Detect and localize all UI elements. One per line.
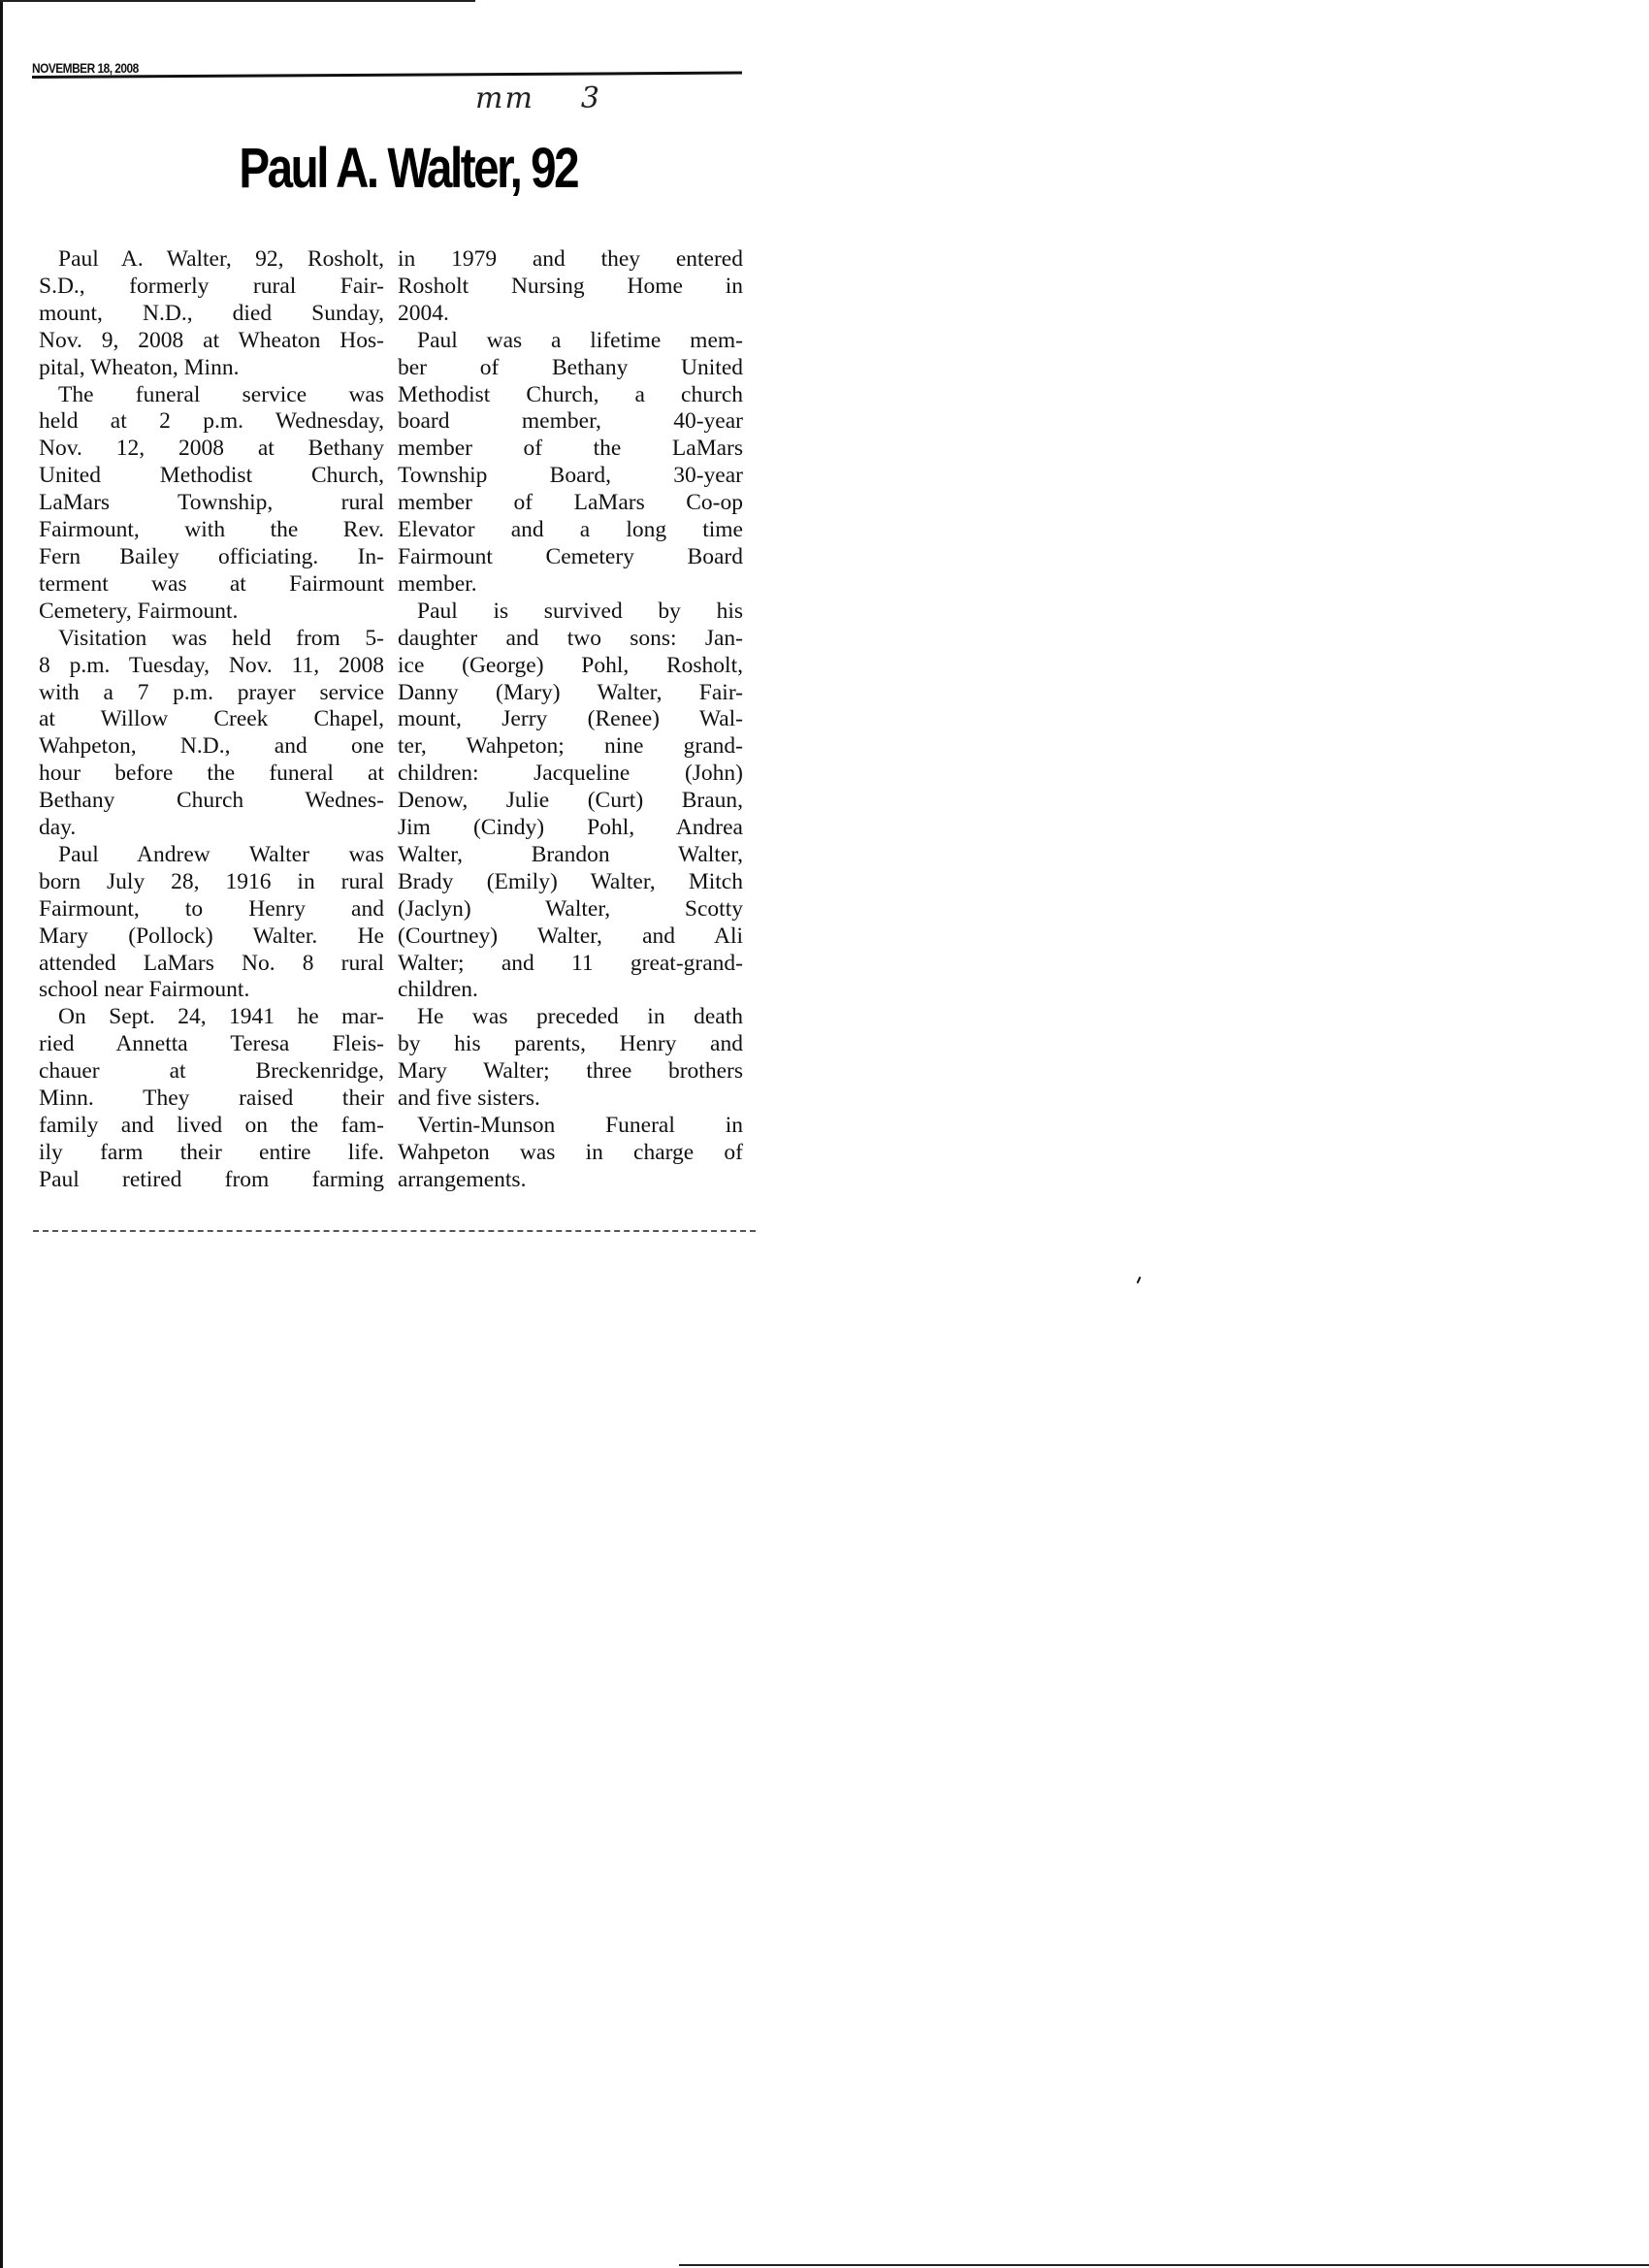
article-line: ily farm their entire life. — [39, 1140, 384, 1167]
article-column-1: Paul A. Walter, 92, Rosholt,S.D., former… — [39, 246, 384, 1194]
article-line: member of LaMars Co-op — [398, 490, 743, 517]
article-line: The funeral service was — [39, 382, 384, 409]
article-line: member of the LaMars — [398, 436, 743, 463]
article-line: Township Board, 30-year — [398, 463, 743, 490]
article-line: and five sisters. — [398, 1085, 743, 1113]
article-line: Paul A. Walter, 92, Rosholt, — [39, 246, 384, 274]
article-line: He was preceded in death — [398, 1004, 743, 1031]
article-line: Rosholt Nursing Home in — [398, 274, 743, 301]
article-line: chauer at Breckenridge, — [39, 1058, 384, 1085]
article-line: (Jaclyn) Walter, Scotty — [398, 896, 743, 923]
handwritten-letters: mm — [475, 81, 534, 115]
article-line: board member, 40-year — [398, 408, 743, 436]
header-rule — [32, 72, 742, 79]
article-line: Elevator and a long time — [398, 517, 743, 544]
article-line: Jim (Cindy) Pohl, Andrea — [398, 815, 743, 842]
publication-date: NOVEMBER 18, 2008 — [32, 60, 139, 76]
scan-left-border — [0, 0, 3, 2268]
scanned-newspaper-page: NOVEMBER 18, 2008 mm3 Paul A. Walter, 92… — [0, 0, 1649, 2268]
article-line: arrangements. — [398, 1167, 743, 1194]
article-line: Paul Andrew Walter was — [39, 842, 384, 869]
article-line: Mary Walter; three brothers — [398, 1058, 743, 1085]
article-line: mount, Jerry (Renee) Wal- — [398, 706, 743, 733]
article-line: Methodist Church, a church — [398, 382, 743, 409]
article-line: attended LaMars No. 8 rural — [39, 951, 384, 978]
scan-top-border — [0, 0, 475, 2]
article-line: with a 7 p.m. prayer service — [39, 680, 384, 707]
article-line: family and lived on the fam- — [39, 1113, 384, 1140]
article-line: 2004. — [398, 301, 743, 328]
article-line: Nov. 9, 2008 at Wheaton Hos- — [39, 328, 384, 355]
article-line: Wahpeton was in charge of — [398, 1140, 743, 1167]
article-line: school near Fairmount. — [39, 977, 384, 1004]
article-line: hour before the funeral at — [39, 761, 384, 788]
article-line: Visitation was held from 5- — [39, 626, 384, 653]
scan-speck — [1137, 1277, 1142, 1283]
article-line: Brady (Emily) Walter, Mitch — [398, 869, 743, 896]
article-line: Denow, Julie (Curt) Braun, — [398, 788, 743, 815]
article-line: born July 28, 1916 in rural — [39, 869, 384, 896]
article-line: LaMars Township, rural — [39, 490, 384, 517]
article-line: Cemetery, Fairmount. — [39, 599, 384, 626]
scan-bottom-border — [679, 2264, 1649, 2266]
article-line: Danny (Mary) Walter, Fair- — [398, 680, 743, 707]
article-line: by his parents, Henry and — [398, 1031, 743, 1058]
article-line: Mary (Pollock) Walter. He — [39, 923, 384, 951]
article-line: Minn. They raised their — [39, 1085, 384, 1113]
article-line: children. — [398, 977, 743, 1004]
article-line: Walter, Brandon Walter, — [398, 842, 743, 869]
article-line: ice (George) Pohl, Rosholt, — [398, 653, 743, 680]
article-line: ter, Wahpeton; nine grand- — [398, 733, 743, 761]
article-column-2: in 1979 and they enteredRosholt Nursing … — [398, 246, 743, 1194]
article-line: children: Jacqueline (John) — [398, 761, 743, 788]
handwritten-number: 3 — [581, 81, 601, 115]
article-line: Wahpeton, N.D., and one — [39, 733, 384, 761]
article-line: Paul is survived by his — [398, 599, 743, 626]
article-line: Paul retired from farming — [39, 1167, 384, 1194]
article-line: at Willow Creek Chapel, — [39, 706, 384, 733]
article-line: S.D., formerly rural Fair- — [39, 274, 384, 301]
article-line: 8 p.m. Tuesday, Nov. 11, 2008 — [39, 653, 384, 680]
article-line: Fairmount, with the Rev. — [39, 517, 384, 544]
article-line: day. — [39, 815, 384, 842]
article-line: Walter; and 11 great-grand- — [398, 951, 743, 978]
article-line: member. — [398, 571, 743, 599]
article-line: daughter and two sons: Jan- — [398, 626, 743, 653]
obituary-headline: Paul A. Walter, 92 — [239, 136, 525, 201]
article-line: mount, N.D., died Sunday, — [39, 301, 384, 328]
article-line: On Sept. 24, 1941 he mar- — [39, 1004, 384, 1031]
article-line: Fern Bailey officiating. In- — [39, 544, 384, 571]
article-line: Fairmount, to Henry and — [39, 896, 384, 923]
article-end-rule — [33, 1230, 756, 1232]
article-line: Paul was a lifetime mem- — [398, 328, 743, 355]
article-line: pital, Wheaton, Minn. — [39, 355, 384, 382]
article-line: ber of Bethany United — [398, 355, 743, 382]
article-line: Vertin-Munson Funeral in — [398, 1113, 743, 1140]
article-line: (Courtney) Walter, and Ali — [398, 923, 743, 951]
article-line: held at 2 p.m. Wednesday, — [39, 408, 384, 436]
article-line: ried Annetta Teresa Fleis- — [39, 1031, 384, 1058]
article-line: in 1979 and they entered — [398, 246, 743, 274]
article-line: United Methodist Church, — [39, 463, 384, 490]
article-line: terment was at Fairmount — [39, 571, 384, 599]
article-line: Bethany Church Wednes- — [39, 788, 384, 815]
handwritten-note: mm3 — [475, 81, 601, 115]
article-line: Fairmount Cemetery Board — [398, 544, 743, 571]
article-line: Nov. 12, 2008 at Bethany — [39, 436, 384, 463]
